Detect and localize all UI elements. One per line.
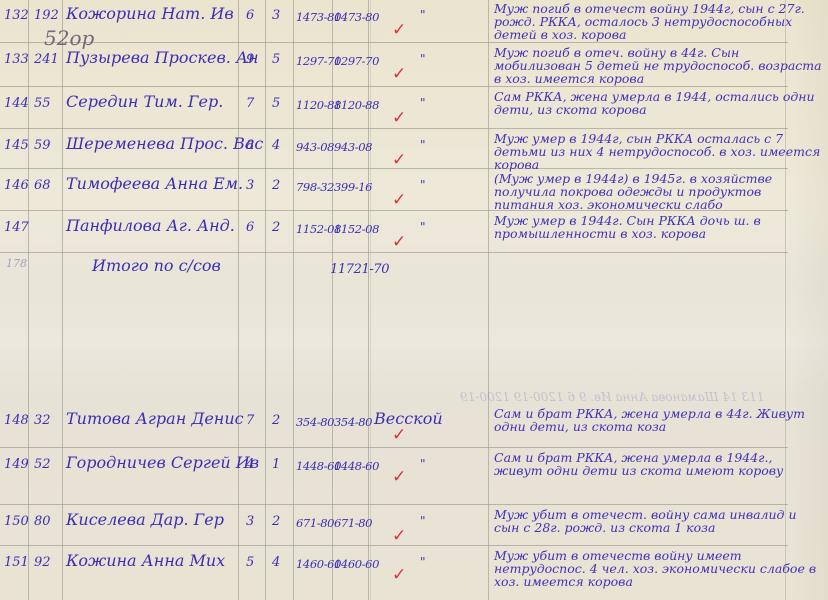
reference-number: 92	[34, 555, 51, 570]
ditto-mark: "	[420, 52, 426, 66]
row-rule	[0, 447, 788, 448]
reference-number: 68	[34, 178, 51, 193]
amount-paid: 1120-88	[334, 98, 379, 112]
person-name: Титова Агран Денис	[66, 409, 244, 428]
check-mark: ✓	[392, 20, 406, 40]
column-rule	[28, 0, 29, 600]
reference-number: 32	[34, 413, 51, 428]
dependents-count: 4	[272, 138, 280, 153]
person-name: Киселева Дар. Гер	[66, 510, 224, 529]
person-name: Панфилова Аг. Анд.	[66, 216, 235, 235]
amount-paid: 354-80	[334, 415, 372, 429]
check-mark: ✓	[392, 526, 406, 546]
amount-paid: 1448-60	[334, 459, 379, 473]
dependents-count: 2	[272, 220, 280, 235]
person-name: Пузырева Проскев. Ан	[66, 48, 259, 67]
dependents-count: 1	[272, 457, 280, 472]
family-size: 6	[246, 220, 254, 235]
column-rule	[368, 0, 369, 600]
row-number: 147	[4, 220, 29, 235]
check-mark: ✓	[392, 467, 406, 487]
row-number: 132	[4, 8, 29, 23]
family-size: 5	[246, 555, 254, 570]
ditto-mark: "	[420, 96, 426, 110]
row-number: 146	[4, 178, 29, 193]
family-size: 6	[246, 8, 254, 23]
row-number: 145	[4, 138, 29, 153]
amount-paid: 1460-60	[334, 557, 379, 571]
row-rule	[0, 252, 788, 253]
bleed-through-text: 113 14 Шаманова Анна Ив. 9 6 1200-19 120…	[460, 390, 764, 404]
ditto-mark: "	[420, 8, 426, 22]
column-rule	[488, 0, 489, 600]
amount-paid: 1152-08	[334, 222, 379, 236]
reference-number: 192	[34, 8, 59, 23]
check-mark: ✓	[392, 64, 406, 84]
remark-text: (Муж умер в 1944г) в 1945г. в хозяйстве …	[494, 172, 824, 211]
row-number: 148	[4, 413, 29, 428]
remark-text: Сам и брат РККА, жена умерла в 1944г., ж…	[494, 451, 824, 477]
dependents-count: 3	[272, 8, 280, 23]
person-name: Шеременева Прос. Вас	[66, 134, 263, 153]
check-mark: ✓	[392, 150, 406, 170]
amount-paid: 1473-80	[334, 10, 379, 24]
row-number: 144	[4, 96, 29, 111]
person-name: Середин Тим. Гер.	[66, 92, 223, 111]
person-name: Тимофеева Анна Ем.	[66, 174, 243, 193]
amount-paid: 1297-70	[334, 54, 379, 68]
check-mark: ✓	[392, 190, 406, 210]
column-rule	[332, 0, 333, 600]
person-name: Кожина Анна Мих	[66, 551, 225, 570]
remark-text: Муж умер в 1944г, сын РККА осталась с 7 …	[494, 132, 824, 171]
subtotal-amount: 11721-70	[330, 262, 389, 277]
column-rule	[370, 0, 371, 600]
family-size: 7	[246, 413, 254, 428]
row-rule	[0, 86, 788, 87]
family-size: 3	[246, 178, 254, 193]
row-number: 150	[4, 514, 29, 529]
column-rule	[62, 0, 63, 600]
family-size: 3	[246, 514, 254, 529]
ditto-mark: "	[420, 138, 426, 152]
paper-fold	[0, 288, 828, 398]
row-rule	[0, 128, 788, 129]
row-rule	[0, 42, 788, 43]
check-mark: ✓	[392, 425, 406, 445]
family-size: 7	[246, 96, 254, 111]
family-size: 9	[246, 52, 254, 67]
remark-text: Муж убит в отечест. войну сама инвалид и…	[494, 508, 824, 534]
reference-number: 241	[34, 52, 59, 67]
amount-assessed: 798-32	[296, 180, 334, 194]
ditto-mark: "	[420, 178, 426, 192]
ledger-page: 132192Кожорина Нат. Ив631473-801473-80"✓…	[0, 0, 828, 600]
column-rule	[293, 0, 294, 600]
amount-assessed: 354-80	[296, 415, 334, 429]
ditto-mark: "	[420, 555, 426, 569]
dependents-count: 2	[272, 514, 280, 529]
amount-paid: 399-16	[334, 180, 372, 194]
family-size: 4	[246, 457, 254, 472]
remark-text: Сам и брат РККА, жена умерла в 44г. Живу…	[494, 407, 824, 433]
amount-paid: 671-80	[334, 516, 372, 530]
amount-assessed: 671-80	[296, 516, 334, 530]
ditto-mark: "	[420, 457, 426, 471]
village-name: Весской	[374, 409, 443, 428]
family-size: 8	[246, 138, 254, 153]
row-number: 133	[4, 52, 29, 67]
dependents-count: 2	[272, 413, 280, 428]
person-name: Городничев Сергей Ив	[66, 453, 259, 472]
ditto-mark: "	[420, 514, 426, 528]
person-name: Кожорина Нат. Ив	[66, 4, 234, 23]
stamp-number: 52ор	[44, 26, 94, 50]
column-rule	[265, 0, 266, 600]
dependents-count: 2	[272, 178, 280, 193]
check-mark: ✓	[392, 565, 406, 585]
row-number: 151	[4, 555, 29, 570]
dependents-count: 5	[272, 96, 280, 111]
dependents-count: 5	[272, 52, 280, 67]
reference-number: 52	[34, 457, 51, 472]
amount-assessed: 943-08	[296, 140, 334, 154]
amount-paid: 943-08	[334, 140, 372, 154]
reference-number: 55	[34, 96, 51, 111]
remark-text: Сам РККА, жена умерла в 1944, остались о…	[494, 90, 824, 116]
reference-number: 80	[34, 514, 51, 529]
reference-number: 59	[34, 138, 51, 153]
ditto-mark: "	[420, 220, 426, 234]
dependents-count: 4	[272, 555, 280, 570]
row-number: 149	[4, 457, 29, 472]
column-rule	[238, 0, 239, 600]
subtotal-label: Итого по с/сов	[92, 256, 221, 275]
remark-text: Муж убит в отечеств войну имеет нетрудос…	[494, 549, 824, 588]
remark-text: Муж умер в 1944г. Сын РККА дочь ш. в про…	[494, 214, 824, 240]
row-rule	[0, 504, 788, 505]
faded-row-number: 178	[6, 257, 27, 270]
remark-text: Муж погиб в отечест войну 1944г, сын с 2…	[494, 2, 824, 41]
check-mark: ✓	[392, 232, 406, 252]
remark-text: Муж погиб в отеч. войну в 44г. Сын мобил…	[494, 46, 824, 85]
check-mark: ✓	[392, 108, 406, 128]
